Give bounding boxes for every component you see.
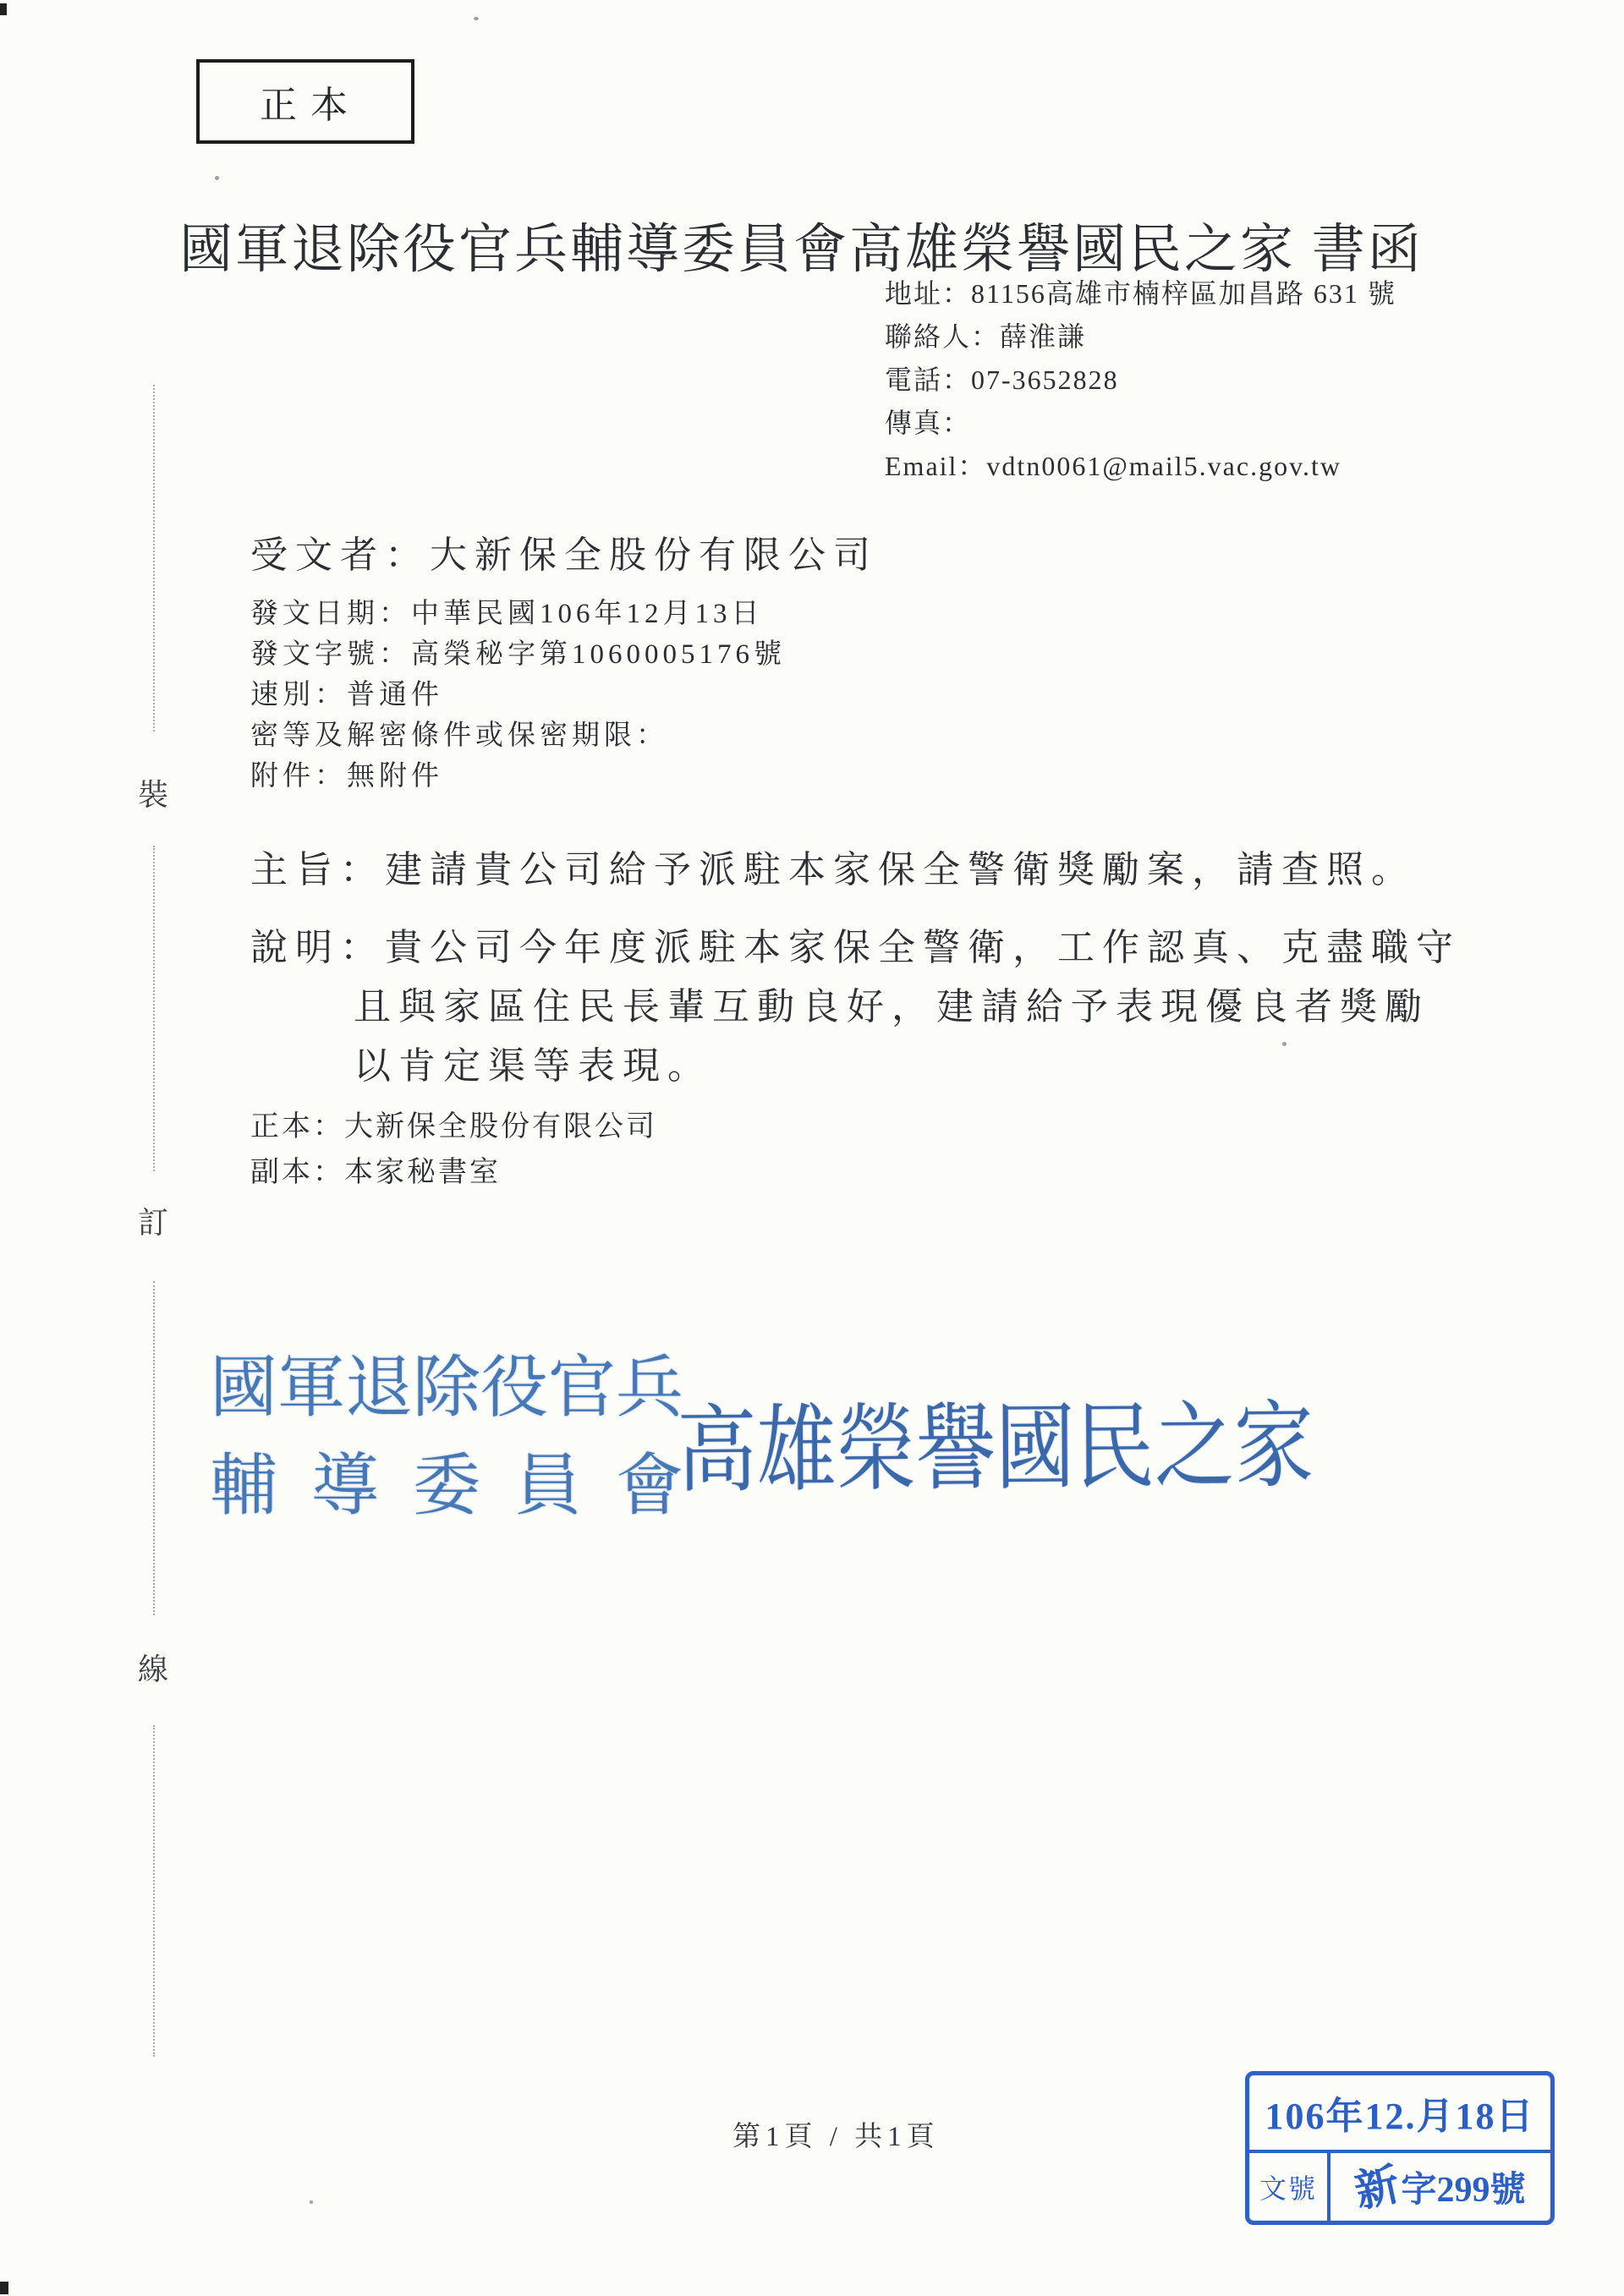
security-class-line: 密等及解密條件或保密期限： — [250, 715, 786, 756]
scan-speck — [310, 2200, 313, 2204]
received-stamp-docno-value: 新 字299號 — [1330, 2153, 1550, 2221]
distribution-original: 正本：大新保全股份有限公司 — [250, 1104, 657, 1150]
binding-mark-xian: 線 — [134, 1646, 173, 1689]
scan-edge-mark-top — [0, 3, 7, 15]
description-line: 且與家區住民長輩互動良好，建請給予表現優良者獎勵 — [250, 978, 1461, 1037]
received-stamp-docno-row: 文號 新 字299號 — [1249, 2153, 1550, 2221]
received-stamp-docno-rest: 字299號 — [1402, 2162, 1526, 2212]
description-block: 說明：貴公司今年度派駐本家保全警衛，工作認真、克盡職守 且與家區住民長輩互動良好… — [250, 918, 1461, 1096]
attachment-line: 附件：無附件 — [250, 756, 786, 797]
sender-contact-block: 地址：81156高雄市楠梓區加昌路 631 號 聯絡人：薛淮謙 電話：07-36… — [885, 272, 1396, 488]
agency-stamp-line1: 國軍退除役官兵 — [210, 1333, 683, 1430]
sender-phone: 電話：07-3652828 — [885, 359, 1396, 402]
issue-date-line: 發文日期：中華民國106年12月13日 — [250, 594, 786, 634]
binding-dotted-line — [153, 385, 155, 732]
scan-speck — [215, 176, 219, 180]
received-date-stamp: 106年12.月18日 文號 新 字299號 — [1245, 2071, 1555, 2225]
binding-dotted-line — [153, 1725, 155, 2057]
agency-stamp: 國軍退除役官兵 輔導委員會 高雄榮譽國民之家 — [210, 1328, 1335, 1535]
binding-mark-ding: 訂 — [134, 1199, 173, 1242]
copy-type-box: 正本 — [196, 59, 414, 144]
agency-stamp-line2: 輔導委員會 — [210, 1431, 717, 1528]
distribution-copy: 副本：本家秘書室 — [250, 1150, 657, 1196]
speed-class-line: 速別：普通件 — [250, 675, 786, 715]
sender-contact-person: 聯絡人：薛淮謙 — [885, 315, 1396, 359]
subject-line: 主旨：建請貴公司給予派駐本家保全警衛獎勵案，請查照。 — [250, 839, 1416, 893]
distribution-block: 正本：大新保全股份有限公司 副本：本家秘書室 — [250, 1104, 657, 1196]
received-stamp-docno-label: 文號 — [1249, 2153, 1330, 2221]
scan-speck — [474, 17, 479, 20]
binding-mark-zhuang: 裝 — [134, 771, 173, 814]
document-meta-block: 發文日期：中華民國106年12月13日 發文字號：高榮秘字第1060005176… — [250, 594, 786, 797]
copy-type-label: 正本 — [260, 74, 361, 129]
scan-edge-mark-bottom — [0, 2282, 8, 2294]
binding-dotted-line — [153, 846, 155, 1171]
agency-stamp-right-text: 高雄榮譽國民之家 — [677, 1370, 1314, 1511]
recipient-line: 受文者：大新保全股份有限公司 — [250, 524, 878, 578]
sender-address: 地址：81156高雄市楠梓區加昌路 631 號 — [885, 272, 1396, 315]
sender-email: Email：vdtn0061@mail5.vac.gov.tw — [885, 445, 1396, 488]
doc-number-line: 發文字號：高榮秘字第1060005176號 — [250, 634, 786, 675]
scanned-official-letter: 裝 訂 線 正本 國軍退除役官兵輔導委員會高雄榮譽國民之家 書函 地址：8115… — [0, 0, 1624, 2296]
sender-fax: 傳真： — [885, 402, 1396, 445]
description-line: 以肯定渠等表現。 — [250, 1037, 1461, 1096]
received-stamp-handwritten-char: 新 — [1348, 2148, 1404, 2219]
received-stamp-date: 106年12.月18日 — [1249, 2075, 1550, 2153]
binding-dotted-line — [153, 1281, 155, 1615]
description-line: 說明：貴公司今年度派駐本家保全警衛，工作認真、克盡職守 — [250, 918, 1461, 978]
page-number-footer: 第1頁 / 共1頁 — [732, 2114, 940, 2154]
